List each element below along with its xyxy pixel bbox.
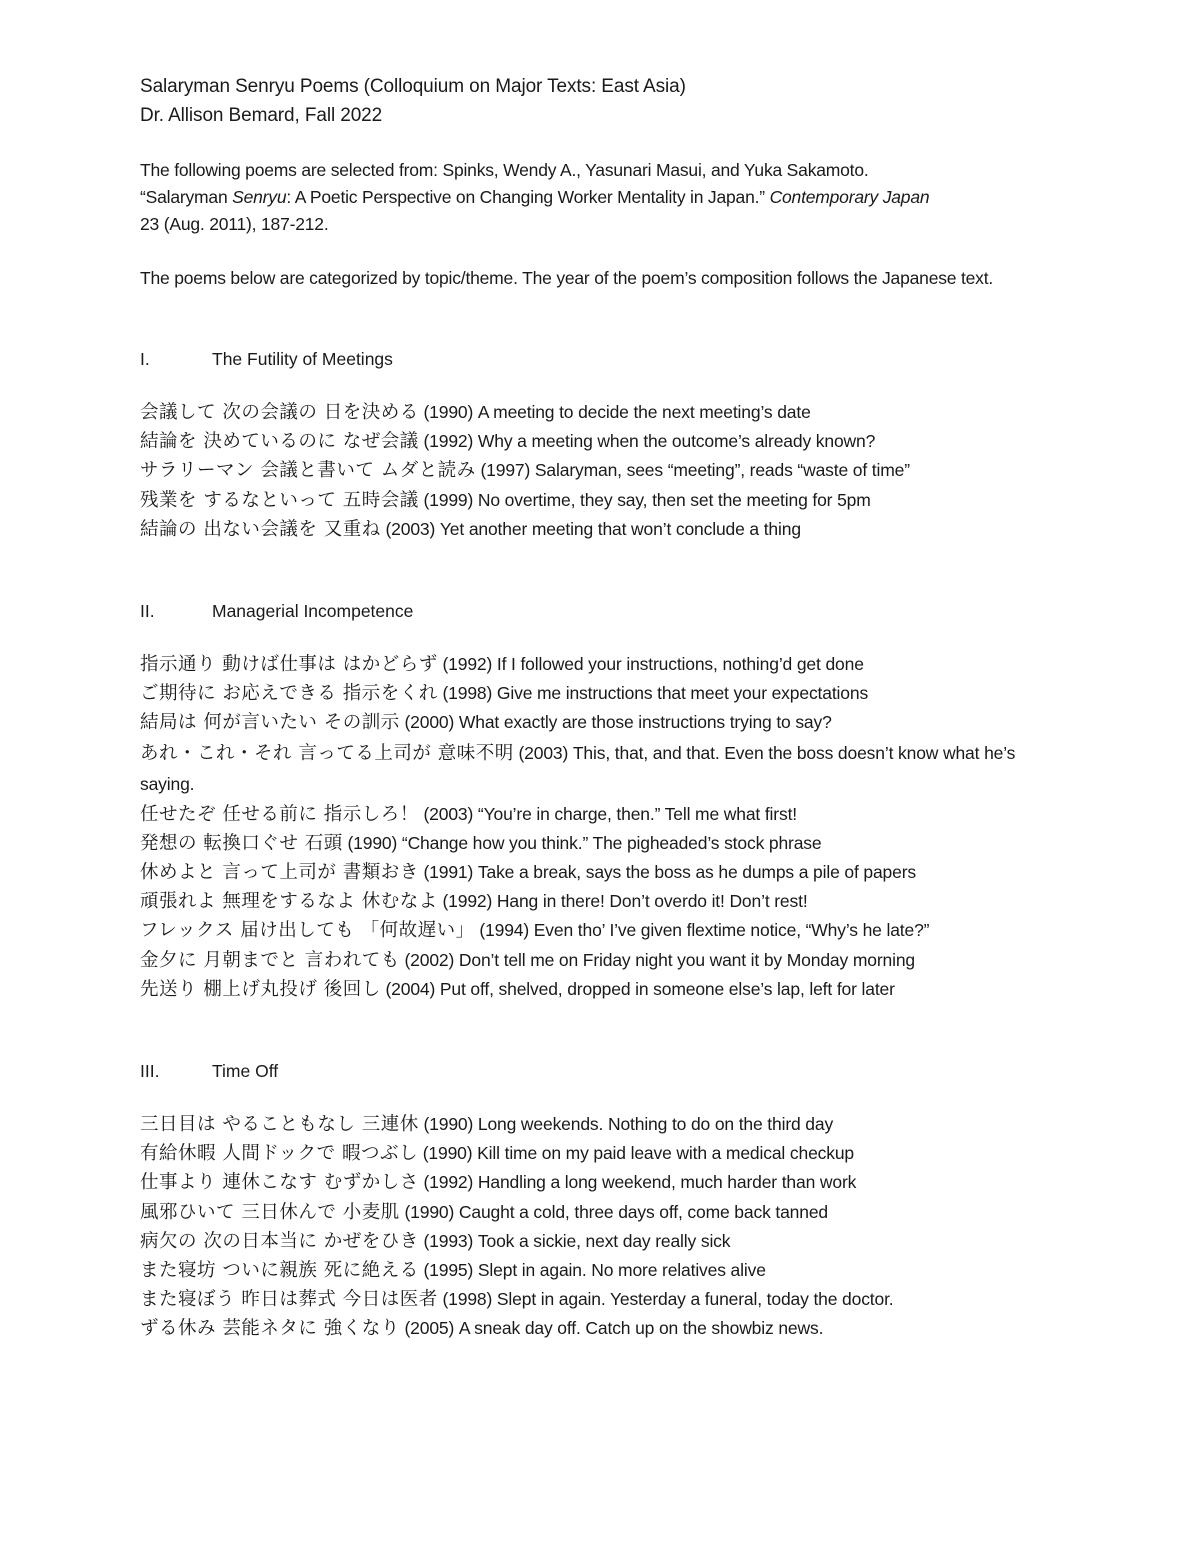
poem-japanese: 発想の 転換口ぐせ 石頭 [140,833,343,854]
poem-item: 先送り 棚上げ丸投げ 後回し (2004) Put off, shelved, … [140,975,1060,1004]
poem-japanese: また寝ぼう 昨日は葬式 今日は医者 [140,1289,438,1310]
poem-item: 指示通り 動けば仕事は はかどらず (1992) If I followed y… [140,650,1060,679]
poem-japanese: 結論を 決めているのに なぜ会議 [140,431,419,452]
poem-year: (2004) [385,979,435,999]
poem-translation: Slept in again. No more relatives alive [478,1260,766,1280]
poem-year: (1992) [442,891,492,911]
poem-translation: Long weekends. Nothing to do on the thir… [478,1114,833,1134]
section-title: Managerial Incompetence [212,598,413,625]
section-heading: I. The Futility of Meetings [140,346,1060,373]
poem-japanese: ずる休み 芸能ネタに 強くなり [140,1318,400,1339]
poem-item: サラリーマン 会議と書いて ムダと読み (1997) Salaryman, se… [140,456,1060,485]
poem-translation: A meeting to decide the next meeting’s d… [478,402,811,422]
journal-name: Contemporary Japan [770,187,930,207]
poem-item: 会議して 次の会議の 日を決める (1990) A meeting to dec… [140,398,1060,427]
poem-year: (1990) [404,1202,454,1222]
citation-italic: Senryu [232,187,286,207]
poem-japanese: 金夕に 月朝までと 言われても [140,950,400,971]
poem-year: (1997) [480,460,530,480]
poem-year: (1990) [423,1114,473,1134]
poem-year: (2005) [404,1318,454,1338]
poem-item: ずる休み 芸能ネタに 強くなり (2005) A sneak day off. … [140,1314,1060,1343]
poem-japanese: また寝坊 ついに親族 死に絶える [140,1260,419,1281]
section-heading: II. Managerial Incompetence [140,598,1060,625]
poem-translation: Give me instructions that meet your expe… [497,683,868,703]
poem-translation: Even tho’ I’ve given flextime notice, “W… [534,920,930,940]
poem-japanese: 結論の 出ない会議を 又重ね [140,519,381,540]
poem-item: 結論の 出ない会議を 又重ね (2003) Yet another meetin… [140,515,1060,544]
poem-year: (1992) [442,654,492,674]
poem-item: あれ・これ・それ 言ってる上司が 意味不明 (2003) This, that,… [140,738,1050,800]
poem-year: (2003) [518,743,568,763]
poem-item: 病欠の 次の日本当に かぜをひき (1993) Took a sickie, n… [140,1227,1060,1256]
poem-item: また寝ぼう 昨日は葬式 今日は医者 (1998) Slept in again.… [140,1285,1060,1314]
poem-translation: Handling a long weekend, much harder tha… [478,1172,856,1192]
poem-year: (1998) [442,1289,492,1309]
document-title: Salaryman Senryu Poems (Colloquium on Ma… [140,72,1060,101]
poem-list: 指示通り 動けば仕事は はかどらず (1992) If I followed y… [140,650,1060,1004]
poem-translation: If I followed your instructions, nothing… [497,654,864,674]
citation-open: “Salaryman [140,187,232,207]
poem-translation: “Change how you think.” The pigheaded’s … [402,833,822,853]
citation-volume: 23 (Aug. 2011), 187-212. [140,214,329,234]
document-page: Salaryman Senryu Poems (Colloquium on Ma… [140,72,1060,1344]
poem-translation: Don’t tell me on Friday night you want i… [459,950,915,970]
poem-translation: Salaryman, sees “meeting”, reads “waste … [535,460,910,480]
poem-year: (1990) [423,1143,473,1163]
poem-translation: Take a break, says the boss as he dumps … [478,862,916,882]
poem-translation: Yet another meeting that won’t conclude … [440,519,801,539]
poem-japanese: 任せたぞ 任せる前に 指示しろ！ [140,804,419,825]
poem-translation: Why a meeting when the outcome’s already… [478,431,875,451]
poem-year: (2002) [404,950,454,970]
poem-year: (1991) [423,862,473,882]
poem-translation: Took a sickie, next day really sick [478,1231,731,1251]
poem-item: フレックス 届け出しても 「何故遅い」 (1994) Even tho’ I’v… [140,916,1060,945]
poem-translation: No overtime, they say, then set the meet… [478,490,871,510]
poem-japanese: サラリーマン 会議と書いて ムダと読み [140,460,476,481]
poem-item: 結局は 何が言いたい その訓示 (2000) What exactly are … [140,708,1060,737]
poem-year: (2000) [404,712,454,732]
poem-year: (1993) [423,1231,473,1251]
poem-item: 結論を 決めているのに なぜ会議 (1992) Why a meeting wh… [140,427,1060,456]
poem-japanese: 指示通り 動けば仕事は はかどらず [140,654,438,675]
poem-translation: Caught a cold, three days off, come back… [459,1202,828,1222]
poem-item: 有給休暇 人間ドックで 暇つぶし (1990) Kill time on my … [140,1139,1060,1168]
poem-year: (1994) [479,920,529,940]
poem-japanese: 結局は 何が言いたい その訓示 [140,712,400,733]
poem-japanese: 会議して 次の会議の 日を決める [140,402,419,423]
poem-translation: “You’re in charge, then.” Tell me what f… [478,804,797,824]
poem-item: 休めよと 言って上司が 書類おき (1991) Take a break, sa… [140,858,1060,887]
author-line: Dr. Allison Bemard, Fall 2022 [140,101,1060,130]
poem-item: 仕事より 連休こなす むずかしさ (1992) Handling a long … [140,1168,1060,1197]
section-numeral: I. [140,346,212,373]
poem-japanese: 先送り 棚上げ丸投げ 後回し [140,979,381,1000]
poem-japanese: 有給休暇 人間ドックで 暇つぶし [140,1143,418,1164]
poem-translation: What exactly are those instructions tryi… [459,712,832,732]
poem-japanese: 残業を するなといって 五時会議 [140,490,419,511]
poem-item: 任せたぞ 任せる前に 指示しろ！ (2003) “You’re in charg… [140,800,1060,829]
poem-year: (1992) [423,431,473,451]
poem-year: (1995) [423,1260,473,1280]
citation-rest: : A Poetic Perspective on Changing Worke… [286,187,769,207]
poem-list: 三日目は やることもなし 三連休 (1990) Long weekends. N… [140,1110,1060,1344]
poem-japanese: 仕事より 連休こなす むずかしさ [140,1172,419,1193]
poem-item: また寝坊 ついに親族 死に絶える (1995) Slept in again. … [140,1256,1060,1285]
section-managerial-incompetence: II. Managerial Incompetence 指示通り 動けば仕事は … [140,598,1060,1004]
poem-japanese: 頑張れよ 無理をするなよ 休むなよ [140,891,438,912]
poem-translation: Slept in again. Yesterday a funeral, tod… [497,1289,894,1309]
poem-list: 会議して 次の会議の 日を決める (1990) A meeting to dec… [140,398,1060,544]
poem-translation: A sneak day off. Catch up on the showbiz… [459,1318,823,1338]
poem-translation: Kill time on my paid leave with a medica… [477,1143,854,1163]
poem-item: 三日目は やることもなし 三連休 (1990) Long weekends. N… [140,1110,1060,1139]
poem-item: 発想の 転換口ぐせ 石頭 (1990) “Change how you thin… [140,829,1060,858]
section-futility-of-meetings: I. The Futility of Meetings 会議して 次の会議の 日… [140,346,1060,544]
poem-japanese: 三日目は やることもなし 三連休 [140,1114,419,1135]
poem-japanese: ご期待に お応えできる 指示をくれ [140,683,438,704]
poem-translation: Put off, shelved, dropped in someone els… [440,979,895,999]
poem-item: 風邪ひいて 三日休んで 小麦肌 (1990) Caught a cold, th… [140,1198,1060,1227]
poem-japanese: フレックス 届け出しても 「何故遅い」 [140,920,475,941]
poem-year: (2003) [423,804,473,824]
section-numeral: III. [140,1058,212,1085]
poem-item: ご期待に お応えできる 指示をくれ (1998) Give me instruc… [140,679,1060,708]
poem-japanese: あれ・これ・それ 言ってる上司が 意味不明 [140,743,514,764]
poem-year: (1998) [442,683,492,703]
section-title: The Futility of Meetings [212,346,393,373]
note-paragraph: The poems below are categorized by topic… [140,265,1020,292]
note-text: The poems below are categorized by topic… [140,268,993,288]
section-time-off: III. Time Off 三日目は やることもなし 三連休 (1990) Lo… [140,1058,1060,1344]
poem-year: (1999) [423,490,473,510]
poem-translation: Hang in there! Don’t overdo it! Don’t re… [497,891,808,911]
poem-item: 頑張れよ 無理をするなよ 休むなよ (1992) Hang in there! … [140,887,1060,916]
section-numeral: II. [140,598,212,625]
intro-prefix: The following poems are selected from: S… [140,160,869,180]
poem-year: (1990) [347,833,397,853]
poem-item: 金夕に 月朝までと 言われても (2002) Don’t tell me on … [140,946,1060,975]
poem-year: (1990) [423,402,473,422]
poem-year: (1992) [423,1172,473,1192]
poem-japanese: 休めよと 言って上司が 書類おき [140,862,419,883]
poem-year: (2003) [385,519,435,539]
section-title: Time Off [212,1058,278,1085]
poem-japanese: 風邪ひいて 三日休んで 小麦肌 [140,1202,400,1223]
section-heading: III. Time Off [140,1058,1060,1085]
intro-paragraph: The following poems are selected from: S… [140,157,1060,238]
poem-japanese: 病欠の 次の日本当に かぜをひき [140,1231,419,1252]
poem-item: 残業を するなといって 五時会議 (1999) No overtime, the… [140,486,1060,515]
